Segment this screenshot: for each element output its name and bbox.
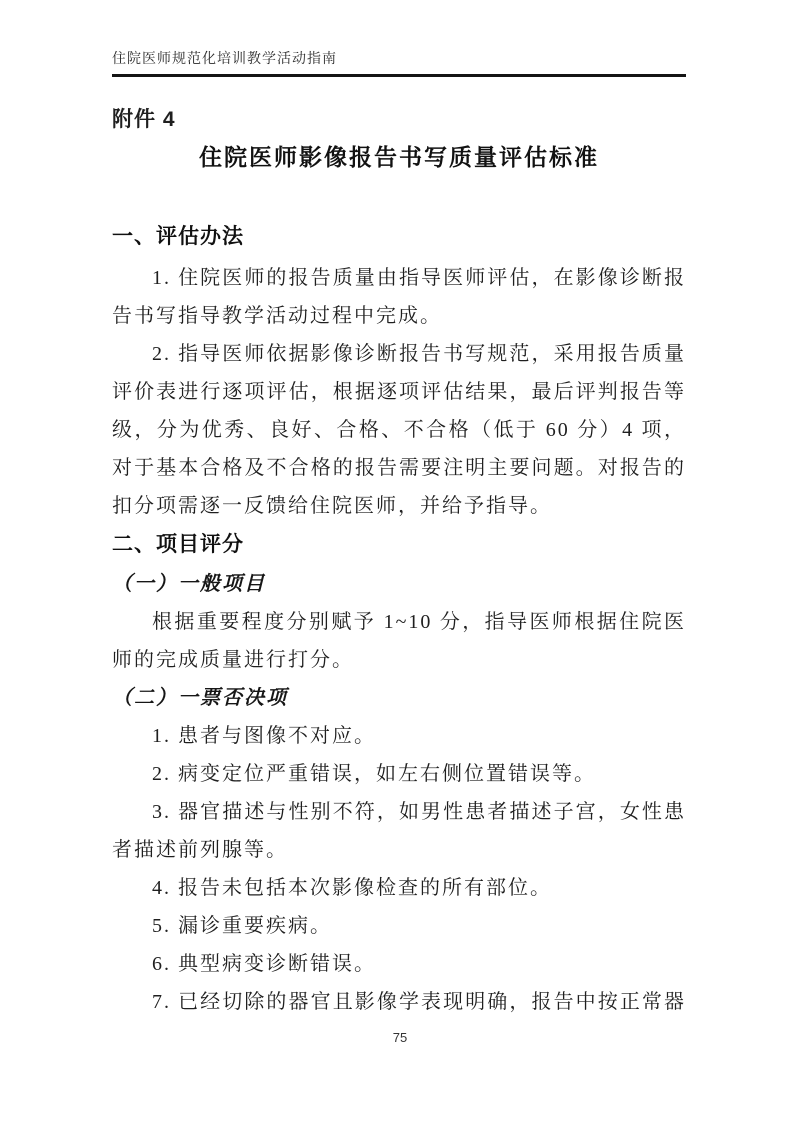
list-item: 3. 器官描述与性别不符，如男性患者描述子宫，女性患者描述前列腺等。 xyxy=(112,793,686,869)
list-item: 4. 报告未包括本次影像检查的所有部位。 xyxy=(112,869,686,907)
list-item: 6. 典型病变诊断错误。 xyxy=(112,945,686,983)
section-heading-evaluation-method: 一、评估办法 xyxy=(112,223,686,251)
paragraph: 1. 住院医师的报告质量由指导医师评估，在影像诊断报告书写指导教学活动过程中完成… xyxy=(112,259,686,335)
header-rule xyxy=(112,74,686,77)
subsection-heading-veto-items: （二）一票否决项 xyxy=(112,679,686,717)
list-item: 7. 已经切除的器官且影像学表现明确，报告中按正常器 xyxy=(112,983,686,1021)
paragraph: 根据重要程度分别赋予 1~10 分，指导医师根据住院医师的完成质量进行打分。 xyxy=(112,603,686,679)
list-item: 1. 患者与图像不对应。 xyxy=(112,717,686,755)
attachment-label: 附件 4 xyxy=(112,107,686,133)
subsection-heading-general-items: （一）一般项目 xyxy=(112,565,686,603)
section-heading-item-scoring: 二、项目评分 xyxy=(112,531,686,559)
list-item: 5. 漏诊重要疾病。 xyxy=(112,907,686,945)
page-number: 75 xyxy=(0,1030,800,1045)
document-page: 住院医师规范化培训教学活动指南 附件 4 住院医师影像报告书写质量评估标准 一、… xyxy=(0,0,800,1131)
list-item: 2. 病变定位严重错误，如左右侧位置错误等。 xyxy=(112,755,686,793)
paragraph: 2. 指导医师依据影像诊断报告书写规范，采用报告质量评价表进行逐项评估，根据逐项… xyxy=(112,335,686,525)
running-header: 住院医师规范化培训教学活动指南 xyxy=(112,52,686,68)
page-title: 住院医师影像报告书写质量评估标准 xyxy=(112,143,686,173)
